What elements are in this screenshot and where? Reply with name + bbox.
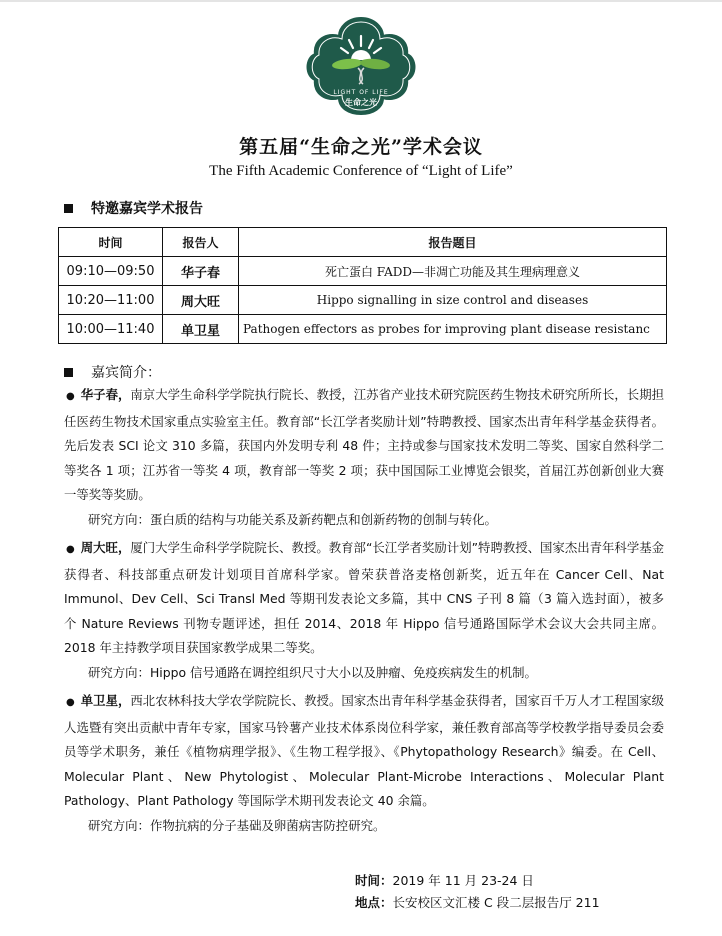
section-heading-keynotes: 特邀嘉宾学术报告 (64, 198, 203, 218)
bio-text: 厦门大学生命科学学院院长、教授。教育部“长江学者奖励计划”特聘教授、国家杰出青年… (64, 540, 664, 655)
table-row: 10:00—11:40 单卫星 Pathogen effectors as pr… (59, 315, 667, 344)
bio-name: 周大旺， (81, 540, 131, 555)
cell-speaker: 华子春 (163, 257, 239, 286)
square-bullet-icon (64, 368, 73, 377)
research-direction: 研究方向：蛋白质的结构与功能关系及新药靶点和创新药物的创制与转化。 (64, 508, 664, 533)
bio-name: 华子春， (81, 387, 131, 402)
event-time: 时间：2019 年 11 月 23-24 日 (355, 870, 600, 892)
bio-block: ●周大旺，厦门大学生命科学学院院长、教授。教育部“长江学者奖励计划”特聘教授、国… (64, 536, 664, 685)
research-direction: 研究方向：作物抗病的分子基础及卵菌病害防控研究。 (64, 814, 664, 839)
cell-time: 09:10—09:50 (59, 257, 163, 286)
section-title: 特邀嘉宾学术报告 (91, 198, 203, 218)
bio-block: ●单卫星，西北农林科技大学农学院院长、教授。国家杰出青年科学基金获得者，国家百千… (64, 689, 664, 838)
cell-time: 10:20—11:00 (59, 286, 163, 315)
cell-topic: Pathogen effectors as probes for improvi… (239, 315, 667, 344)
bio-paragraph: ●华子春，南京大学生命科学学院执行院长、教授，江苏省产业技术研究院医药生物技术研… (64, 383, 664, 508)
bio-paragraph: ●周大旺，厦门大学生命科学学院院长、教授。教育部“长江学者奖励计划”特聘教授、国… (64, 536, 664, 661)
section-heading-bios: 嘉宾简介： (64, 362, 161, 382)
bullet-dot-icon: ● (66, 391, 75, 402)
event-place: 地点：长安校区文汇楼 C 段二层报告厅 211 (355, 892, 600, 914)
schedule-table: 时间 报告人 报告题目 09:10—09:50 华子春 死亡蛋白 FADD—非凋… (58, 227, 667, 344)
cell-time: 10:00—11:40 (59, 315, 163, 344)
svg-text:LIGHT OF LIFE: LIGHT OF LIFE (333, 89, 388, 96)
research-direction: 研究方向：Hippo 信号通路在调控组织尺寸大小以及肿瘤、免疫疾病发生的机制。 (64, 661, 664, 686)
cell-topic: 死亡蛋白 FADD—非凋亡功能及其生理病理意义 (239, 257, 667, 286)
light-of-life-logo-icon: LIGHT OF LIFE 生命之光 (303, 14, 419, 118)
bio-block: ●华子春，南京大学生命科学学院执行院长、教授，江苏省产业技术研究院医药生物技术研… (64, 383, 664, 532)
conference-subtitle: The Fifth Academic Conference of “Light … (0, 163, 722, 180)
column-header-topic: 报告题目 (239, 228, 667, 257)
square-bullet-icon (64, 204, 73, 213)
column-header-time: 时间 (59, 228, 163, 257)
cell-topic: Hippo signalling in size control and dis… (239, 286, 667, 315)
conference-logo: LIGHT OF LIFE 生命之光 (303, 14, 419, 118)
bullet-dot-icon: ● (66, 697, 75, 708)
table-row: 10:20—11:00 周大旺 Hippo signalling in size… (59, 286, 667, 315)
bullet-dot-icon: ● (66, 544, 75, 555)
cell-speaker: 单卫星 (163, 315, 239, 344)
bio-text: 南京大学生命科学学院执行院长、教授，江苏省产业技术研究院医药生物技术研究所所长，… (64, 387, 664, 502)
bio-paragraph: ●单卫星，西北农林科技大学农学院院长、教授。国家杰出青年科学基金获得者，国家百千… (64, 689, 664, 814)
table-row: 09:10—09:50 华子春 死亡蛋白 FADD—非凋亡功能及其生理病理意义 (59, 257, 667, 286)
section-title: 嘉宾简介： (91, 362, 161, 382)
column-header-speaker: 报告人 (163, 228, 239, 257)
page-top-edge (0, 0, 722, 2)
cell-speaker: 周大旺 (163, 286, 239, 315)
svg-text:生命之光: 生命之光 (345, 97, 377, 107)
bio-name: 单卫星， (81, 693, 131, 708)
table-header-row: 时间 报告人 报告题目 (59, 228, 667, 257)
bio-text: 西北农林科技大学农学院院长、教授。国家杰出青年科学基金获得者，国家百千万人才工程… (64, 693, 664, 808)
event-info: 时间：2019 年 11 月 23-24 日 地点：长安校区文汇楼 C 段二层报… (355, 870, 600, 914)
conference-title: 第五届“生命之光”学术会议 (0, 132, 722, 159)
